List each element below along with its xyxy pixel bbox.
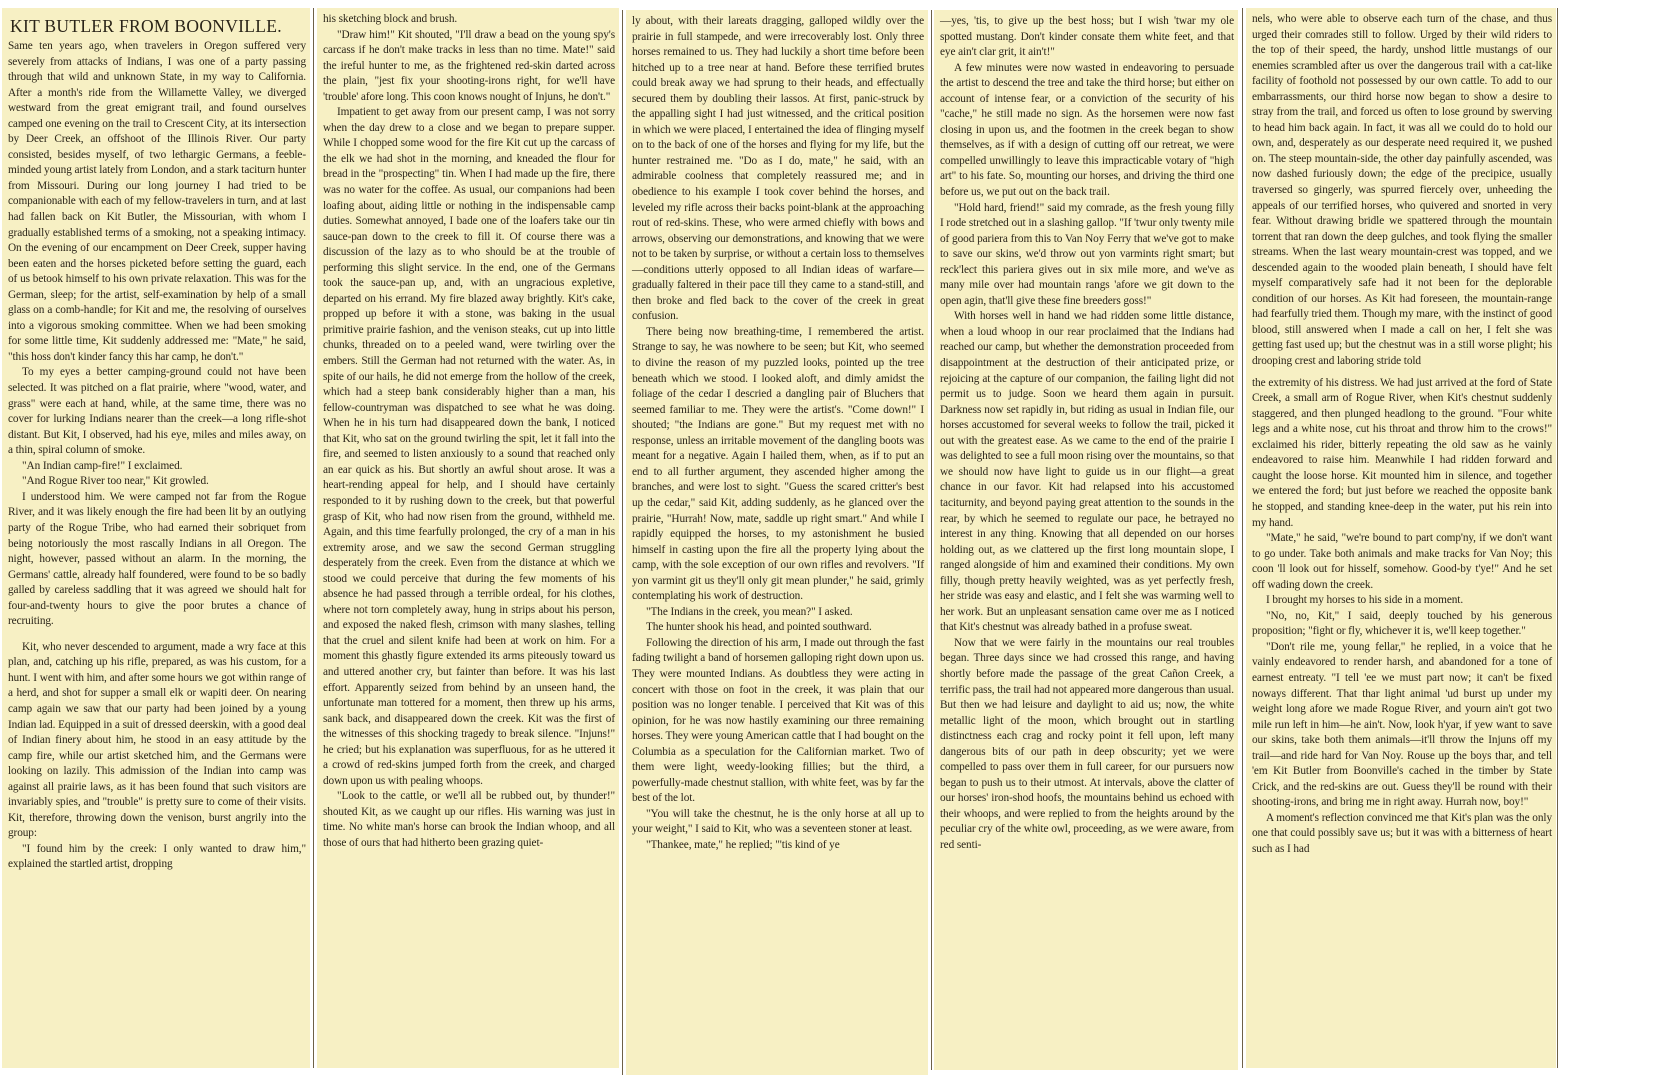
paragraph: "The Indians in the creek, you mean?" I … — [632, 605, 924, 621]
paragraph: ly about, with their lareats dragging, g… — [632, 14, 924, 325]
paragraph: his sketching block and brush. — [323, 12, 615, 28]
paragraph: "No, no, Kit," I said, deeply touched by… — [1252, 609, 1552, 640]
paragraph: "And Rogue River too near," Kit growled. — [8, 474, 306, 490]
paragraph: "Hold hard, friend!" said my comrade, as… — [940, 201, 1234, 310]
article-title: KIT BUTLER FROM BOONVILLE. — [10, 16, 306, 37]
paragraph: "Mate," he said, "we're bound to part co… — [1252, 531, 1552, 593]
column-divider — [622, 10, 623, 1075]
paragraph: nels, who were able to observe each turn… — [1252, 12, 1552, 370]
paragraph: Kit, who never descended to argument, ma… — [8, 640, 306, 842]
paragraph: A few minutes were now wasted in endeavo… — [940, 61, 1234, 201]
paragraph: "Look to the cattle, or we'll all be rub… — [323, 789, 615, 851]
paragraph: The hunter shook his head, and pointed s… — [632, 620, 924, 636]
column-5-bottom-clipping: the extremity of his distress. We had ju… — [1252, 376, 1552, 858]
paragraph: A moment's reflection convinced me that … — [1252, 811, 1552, 858]
column-divider — [1242, 8, 1243, 1068]
column-divider — [1557, 8, 1558, 1068]
column-3: ly about, with their lareats dragging, g… — [626, 10, 928, 1075]
paragraph: I understood him. We were camped not far… — [8, 490, 306, 630]
paragraph: "An Indian camp-fire!" I exclaimed. — [8, 459, 306, 475]
paragraph: I brought my horses to his side in a mom… — [1252, 593, 1552, 609]
column-5: nels, who were able to observe each turn… — [1246, 8, 1556, 1068]
paragraph: "Thankee, mate," he replied; "'tis kind … — [632, 838, 924, 854]
column-2: his sketching block and brush. "Draw him… — [317, 8, 619, 1068]
paragraph: Following the direction of his arm, I ma… — [632, 636, 924, 807]
paragraph: Same ten years ago, when travelers in Or… — [8, 39, 306, 365]
paragraph: Impatient to get away from our present c… — [323, 105, 615, 789]
paragraph: "You will take the chestnut, he is the o… — [632, 807, 924, 838]
paragraph: With horses well in hand we had ridden s… — [940, 309, 1234, 635]
paragraph: "Don't rile me, young fellar," he replie… — [1252, 640, 1552, 811]
paragraph: "I found him by the creek: I only wanted… — [8, 842, 306, 873]
paragraph: "Draw him!" Kit shouted, "I'll draw a be… — [323, 28, 615, 106]
column-divider — [313, 8, 314, 1068]
column-1: KIT BUTLER FROM BOONVILLE. Same ten year… — [2, 8, 310, 1068]
paragraph: the extremity of his distress. We had ju… — [1252, 376, 1552, 531]
column-4: —yes, 'tis, to give up the best hoss; bu… — [934, 10, 1238, 1070]
paragraph: Now that we were fairly in the mountains… — [940, 636, 1234, 854]
column-divider — [931, 10, 932, 1070]
paragraph: —yes, 'tis, to give up the best hoss; bu… — [940, 14, 1234, 61]
paragraph: To my eyes a better camping-ground could… — [8, 365, 306, 458]
newspaper-page: KIT BUTLER FROM BOONVILLE. Same ten year… — [0, 0, 1660, 1080]
paragraph: There being now breathing-time, I rememb… — [632, 325, 924, 605]
column-5-top-clipping: nels, who were able to observe each turn… — [1252, 12, 1552, 370]
